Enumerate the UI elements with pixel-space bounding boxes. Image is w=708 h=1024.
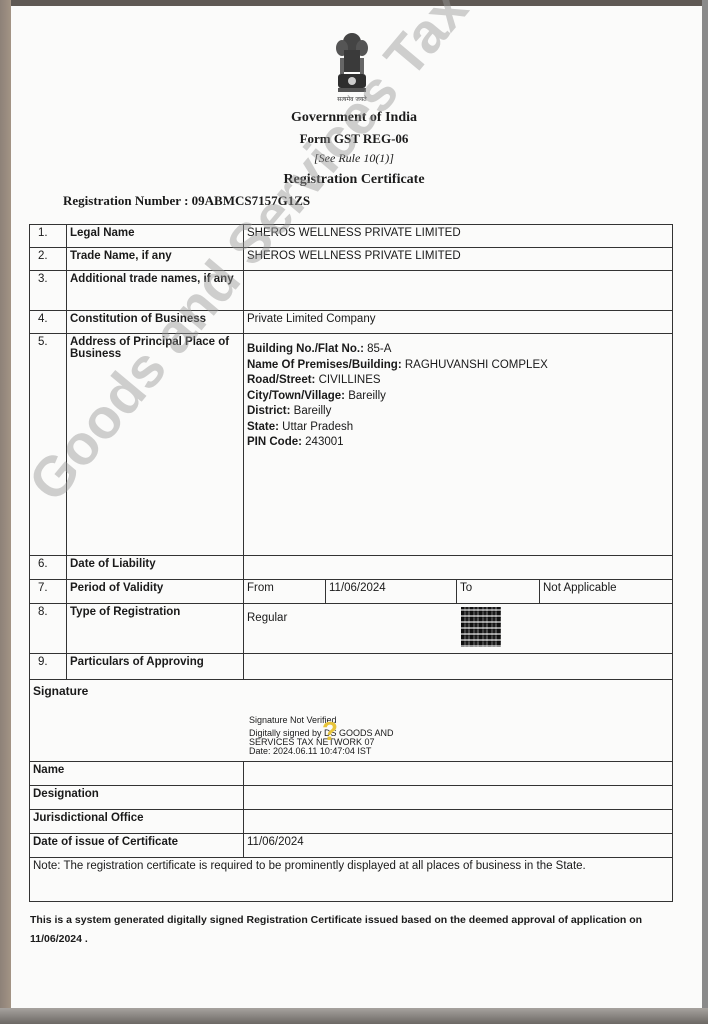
- digital-signature: Signature Not Verified Digitally signed …: [249, 716, 669, 756]
- note: Note: The registration certificate is re…: [30, 858, 673, 902]
- address-line: District: Bareilly: [247, 404, 669, 420]
- jurisdictional-office: [244, 810, 673, 834]
- registration-type: Regular: [244, 604, 673, 654]
- registration-number: Registration Number : 09ABMCS7157G1ZS: [63, 193, 310, 209]
- note-row: Note: The registration certificate is re…: [30, 858, 673, 902]
- table-row: 6. Date of Liability: [30, 556, 673, 580]
- issue-date: 11/06/2024: [244, 834, 673, 858]
- table-row: 8. Type of Registration Regular: [30, 604, 673, 654]
- validity-from: 11/06/2024: [326, 580, 457, 604]
- additional-trade-names: [244, 271, 673, 311]
- table-row: Designation: [30, 786, 673, 810]
- approving-particulars: [244, 654, 673, 680]
- table-row: Name: [30, 762, 673, 786]
- table-row: 3. Additional trade names, if any: [30, 271, 673, 311]
- trade-name: SHEROS WELLNESS PRIVATE LIMITED: [244, 248, 673, 271]
- table-row: Date of issue of Certificate 11/06/2024: [30, 834, 673, 858]
- address-line: State: Uttar Pradesh: [247, 420, 669, 436]
- officer-designation: [244, 786, 673, 810]
- signature-row: Signature Signature Not Verified Digital…: [30, 680, 673, 762]
- table-row: 2. Trade Name, if any SHEROS WELLNESS PR…: [30, 248, 673, 271]
- government-title: Government of India: [0, 110, 708, 126]
- table-row: 1. Legal Name SHEROS WELLNESS PRIVATE LI…: [30, 225, 673, 248]
- address-line: Name Of Premises/Building: RAGHUVANSHI C…: [247, 358, 669, 374]
- table-row: 4. Constitution of Business Private Limi…: [30, 311, 673, 334]
- constitution-of-business: Private Limited Company: [244, 311, 673, 334]
- qr-code-icon: [461, 607, 501, 647]
- officer-name: [244, 762, 673, 786]
- rule-reference: [See Rule 10(1)]: [0, 151, 708, 166]
- footer-statement: This is a system generated digitally sig…: [30, 911, 670, 949]
- signature-label: Signature: [33, 684, 669, 698]
- address-line: Road/Street: CIVILLINES: [247, 373, 669, 389]
- motto: सत्यमेव जयते: [320, 95, 384, 103]
- table-row: 9. Particulars of Approving: [30, 654, 673, 680]
- validity-to: Not Applicable: [540, 580, 673, 604]
- address-block: Building No./Flat No.: 85-A Name Of Prem…: [244, 334, 673, 556]
- date-of-liability: [244, 556, 673, 580]
- legal-name: SHEROS WELLNESS PRIVATE LIMITED: [244, 225, 673, 248]
- certificate-title: Registration Certificate: [0, 172, 708, 188]
- address-line: PIN Code: 243001: [247, 435, 669, 451]
- signature-status-question-icon: ?: [322, 716, 338, 747]
- table-row: Jurisdictional Office: [30, 810, 673, 834]
- ashoka-emblem-icon: [332, 30, 372, 98]
- address-line: City/Town/Village: Bareilly: [247, 389, 669, 405]
- address-line: Building No./Flat No.: 85-A: [247, 342, 669, 358]
- table-row: 7. Period of Validity From 11/06/2024 To…: [30, 580, 673, 604]
- frame-bottom: [0, 1008, 708, 1024]
- certificate-table: 1. Legal Name SHEROS WELLNESS PRIVATE LI…: [29, 224, 673, 902]
- form-title: Form GST REG-06: [0, 131, 708, 147]
- table-row: 5. Address of Principal Place of Busines…: [30, 334, 673, 556]
